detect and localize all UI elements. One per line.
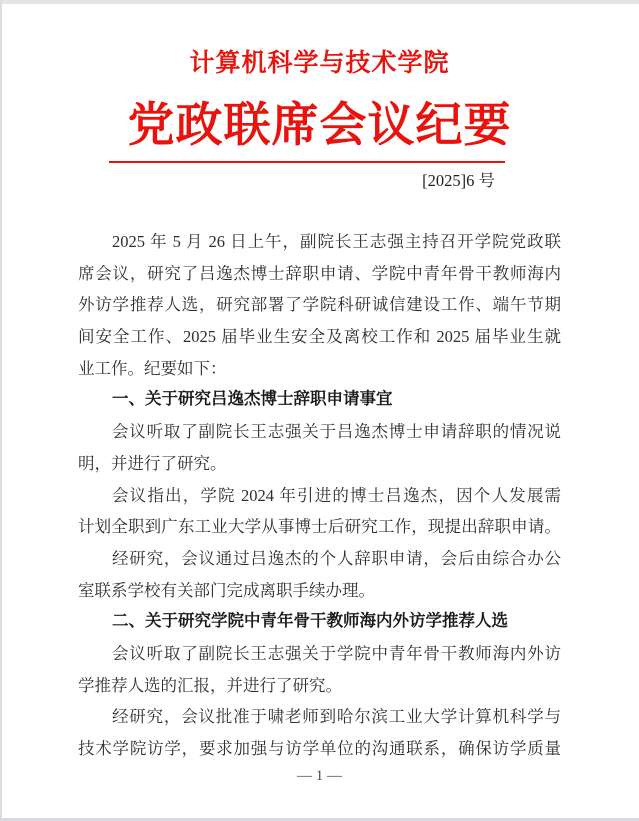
body-line: 学推荐人选的汇报，并进行了研究。	[78, 670, 561, 702]
document-body: 2025 年 5 月 26 日上午，副院长王志强主持召开学院党政联席会议，研究了…	[78, 226, 561, 765]
body-line: 会议听取了副院长王志强关于学院中青年骨干教师海内外访	[78, 638, 561, 670]
body-line: 会议听取了副院长王志强关于吕逸杰博士申请辞职的情况说	[78, 416, 561, 448]
document-title: 党政联席会议纪要	[0, 96, 639, 156]
title-underline	[109, 161, 505, 163]
body-line: 业工作。纪要如下：	[78, 353, 561, 385]
body-line: 技术学院访学，要求加强与访学单位的沟通联系，确保访学质量	[78, 733, 561, 765]
body-line: 计划全职到广东工业大学从事博士后研究工作，现提出辞职申请。	[78, 511, 561, 543]
body-line: 明，并进行了研究。	[78, 448, 561, 480]
body-line: 席会议，研究了吕逸杰博士辞职申请、学院中青年骨干教师海内	[78, 258, 561, 290]
section-heading: 二、关于研究学院中青年骨干教师海内外访学推荐人选	[78, 606, 561, 638]
body-line: 室联系学校有关部门完成离职手续办理。	[78, 575, 561, 607]
body-line: 外访学推荐人选，研究部署了学院科研诚信建设工作、端午节期	[78, 289, 561, 321]
body-line: 2025 年 5 月 26 日上午，副院长王志强主持召开学院党政联	[78, 226, 561, 258]
page-top-edge	[0, 0, 639, 4]
body-line: 经研究，会议通过吕逸杰的个人辞职申请，会后由综合办公	[78, 543, 561, 575]
body-line: 会议指出，学院 2024 年引进的博士吕逸杰，因个人发展需要，	[78, 480, 561, 512]
document-page: 计算机科学与技术学院 党政联席会议纪要 [2025]6 号 2025 年 5 月…	[0, 0, 639, 821]
page-number: — 1 —	[0, 766, 639, 786]
document-number: [2025]6 号	[0, 169, 495, 193]
body-line: 经研究，会议批准于啸老师到哈尔滨工业大学计算机科学与	[78, 701, 561, 733]
section-heading: 一、关于研究吕逸杰博士辞职申请事宜	[78, 384, 561, 416]
body-line: 间安全工作、2025 届毕业生安全及离校工作和 2025 届毕业生就	[78, 321, 561, 353]
institution-name: 计算机科学与技术学院	[0, 48, 639, 80]
